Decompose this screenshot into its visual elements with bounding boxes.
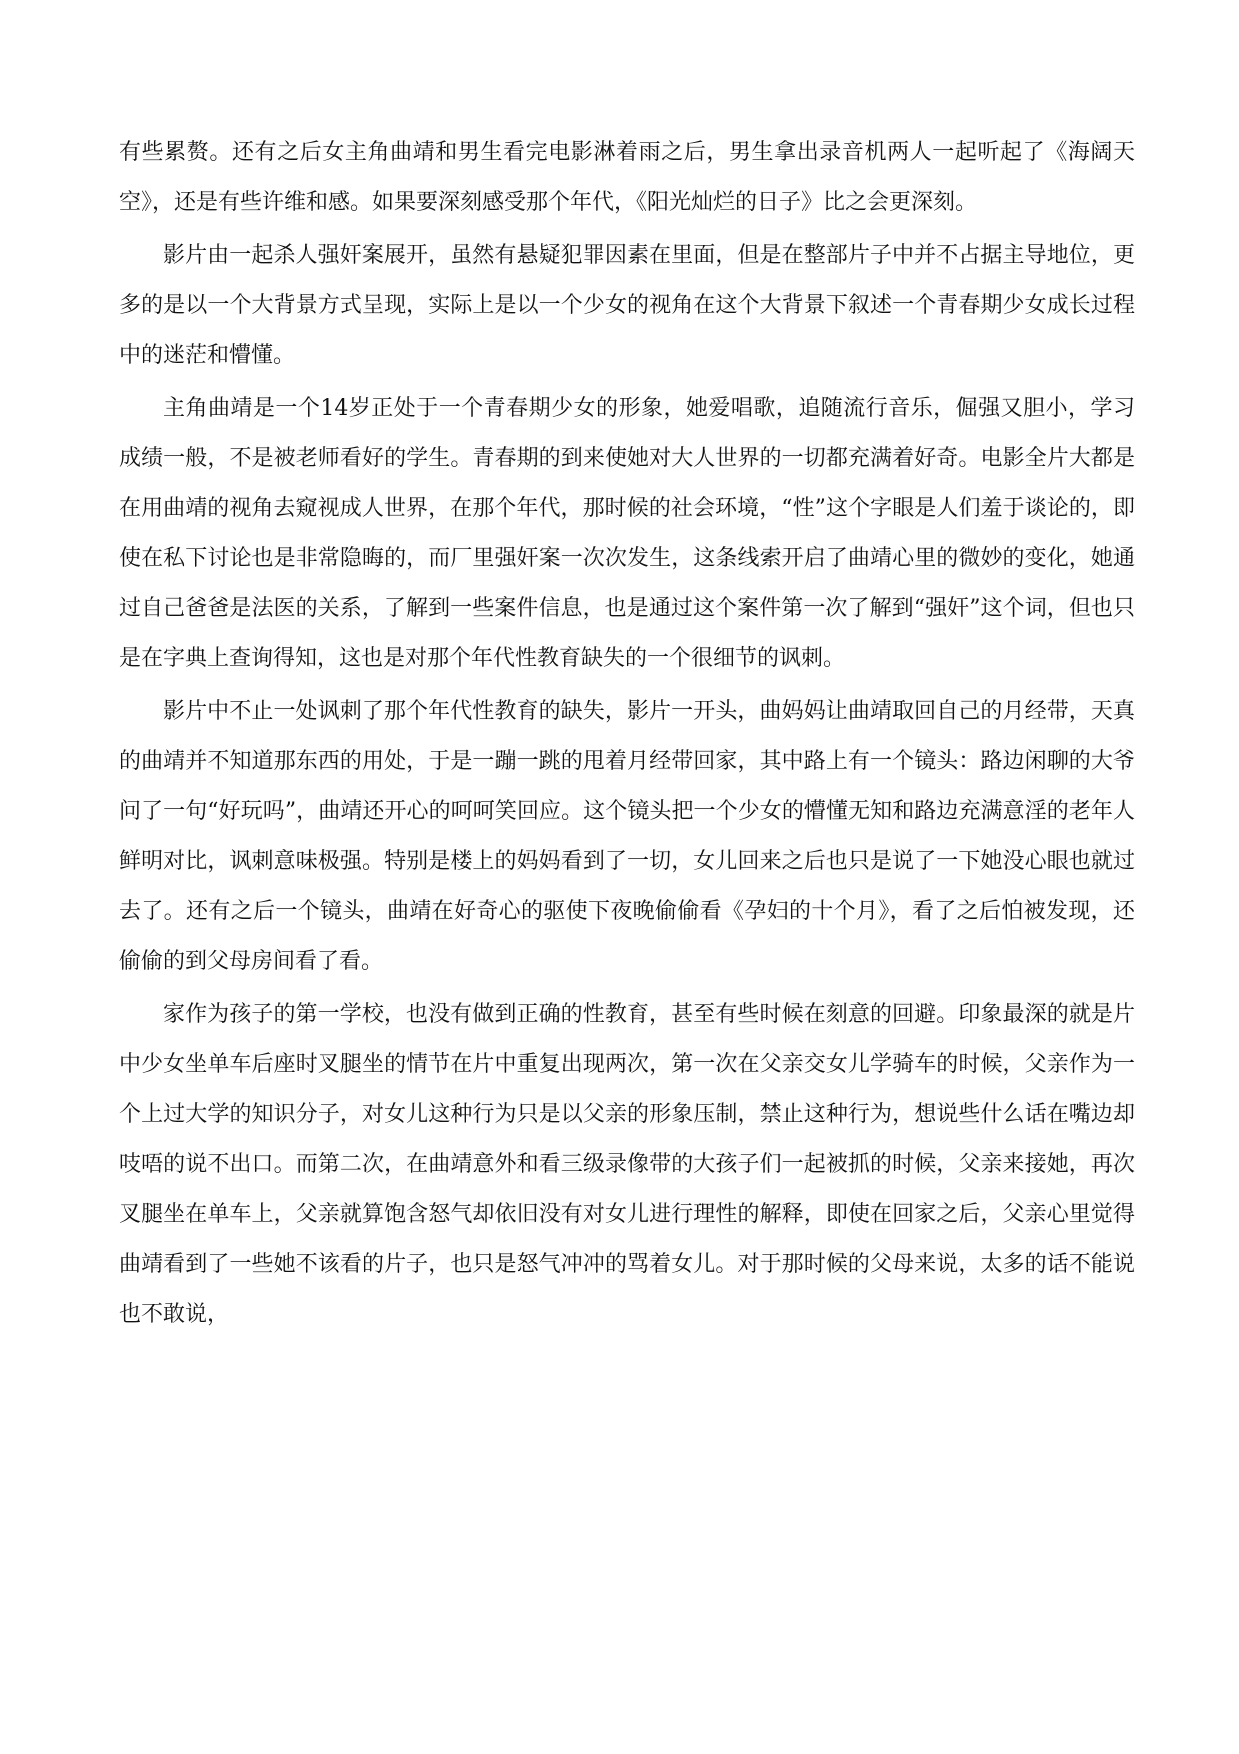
paragraph-4: 影片中不止一处讽刺了那个年代性教育的缺失，影片一开头，曲妈妈让曲靖取回自己的月经… — [119, 687, 1135, 987]
paragraph-2: 影片由一起杀人强奸案展开，虽然有悬疑犯罪因素在里面，但是在整部片子中并不占据主导… — [119, 231, 1135, 381]
paragraph-5: 家作为孩子的第一学校，也没有做到正确的性教育，甚至有些时候在刻意的回避。印象最深… — [119, 990, 1135, 1340]
paragraph-3: 主角曲靖是一个14岁正处于一个青春期少女的形象，她爱唱歌，追随流行音乐，倔强又胆… — [119, 384, 1135, 684]
document-page: 有些累赘。还有之后女主角曲靖和男生看完电影淋着雨之后，男生拿出录音机两人一起听起… — [119, 128, 1135, 1343]
paragraph-1: 有些累赘。还有之后女主角曲靖和男生看完电影淋着雨之后，男生拿出录音机两人一起听起… — [119, 128, 1135, 228]
